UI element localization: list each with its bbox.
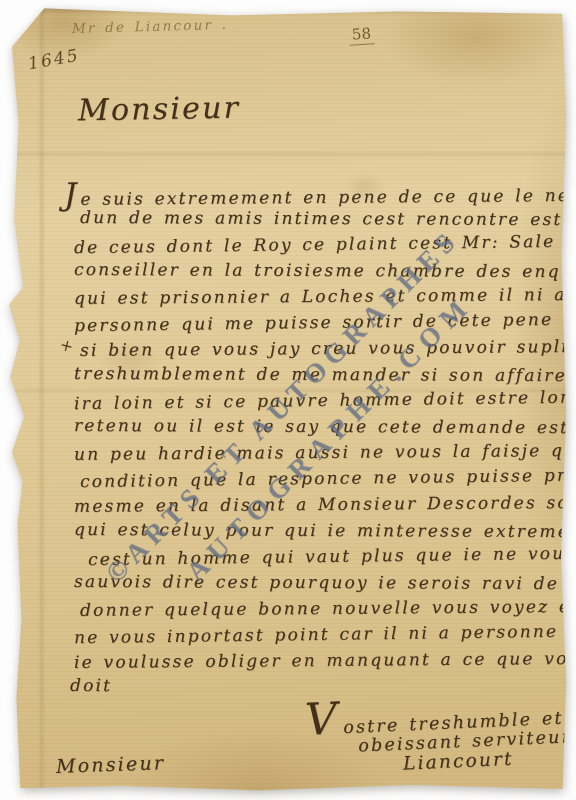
manuscript-line: sauvois dire cest pourquoy ie serois rav… [74, 569, 558, 597]
year-annotation: 1645 [27, 46, 82, 75]
salutation: Monsieur [78, 91, 241, 129]
manuscript-line: conseiller en la troisiesme chambre des … [74, 257, 558, 285]
manuscript-paper: Mr de Liancour . 58 1645 Monsieur + Je s… [8, 6, 566, 792]
photo-stage: Mr de Liancour . 58 1645 Monsieur + Je s… [0, 0, 576, 800]
manuscript-line: Je suis extremement en pene de ce que le… [64, 178, 558, 208]
address-footer: Monsieur [56, 752, 166, 778]
closing-block: Vostre treshumble et tres obeissant serv… [305, 697, 566, 778]
catalog-number-annotation: 58 [348, 24, 374, 46]
manuscript-line: ie voulusse obliger en manquant a ce que… [74, 646, 558, 676]
collector-annotation: Mr de Liancour . [72, 17, 229, 37]
margin-cross-mark: + [58, 335, 76, 357]
manuscript-line: mesme en la disant a Monsieur Descordes … [74, 490, 558, 520]
